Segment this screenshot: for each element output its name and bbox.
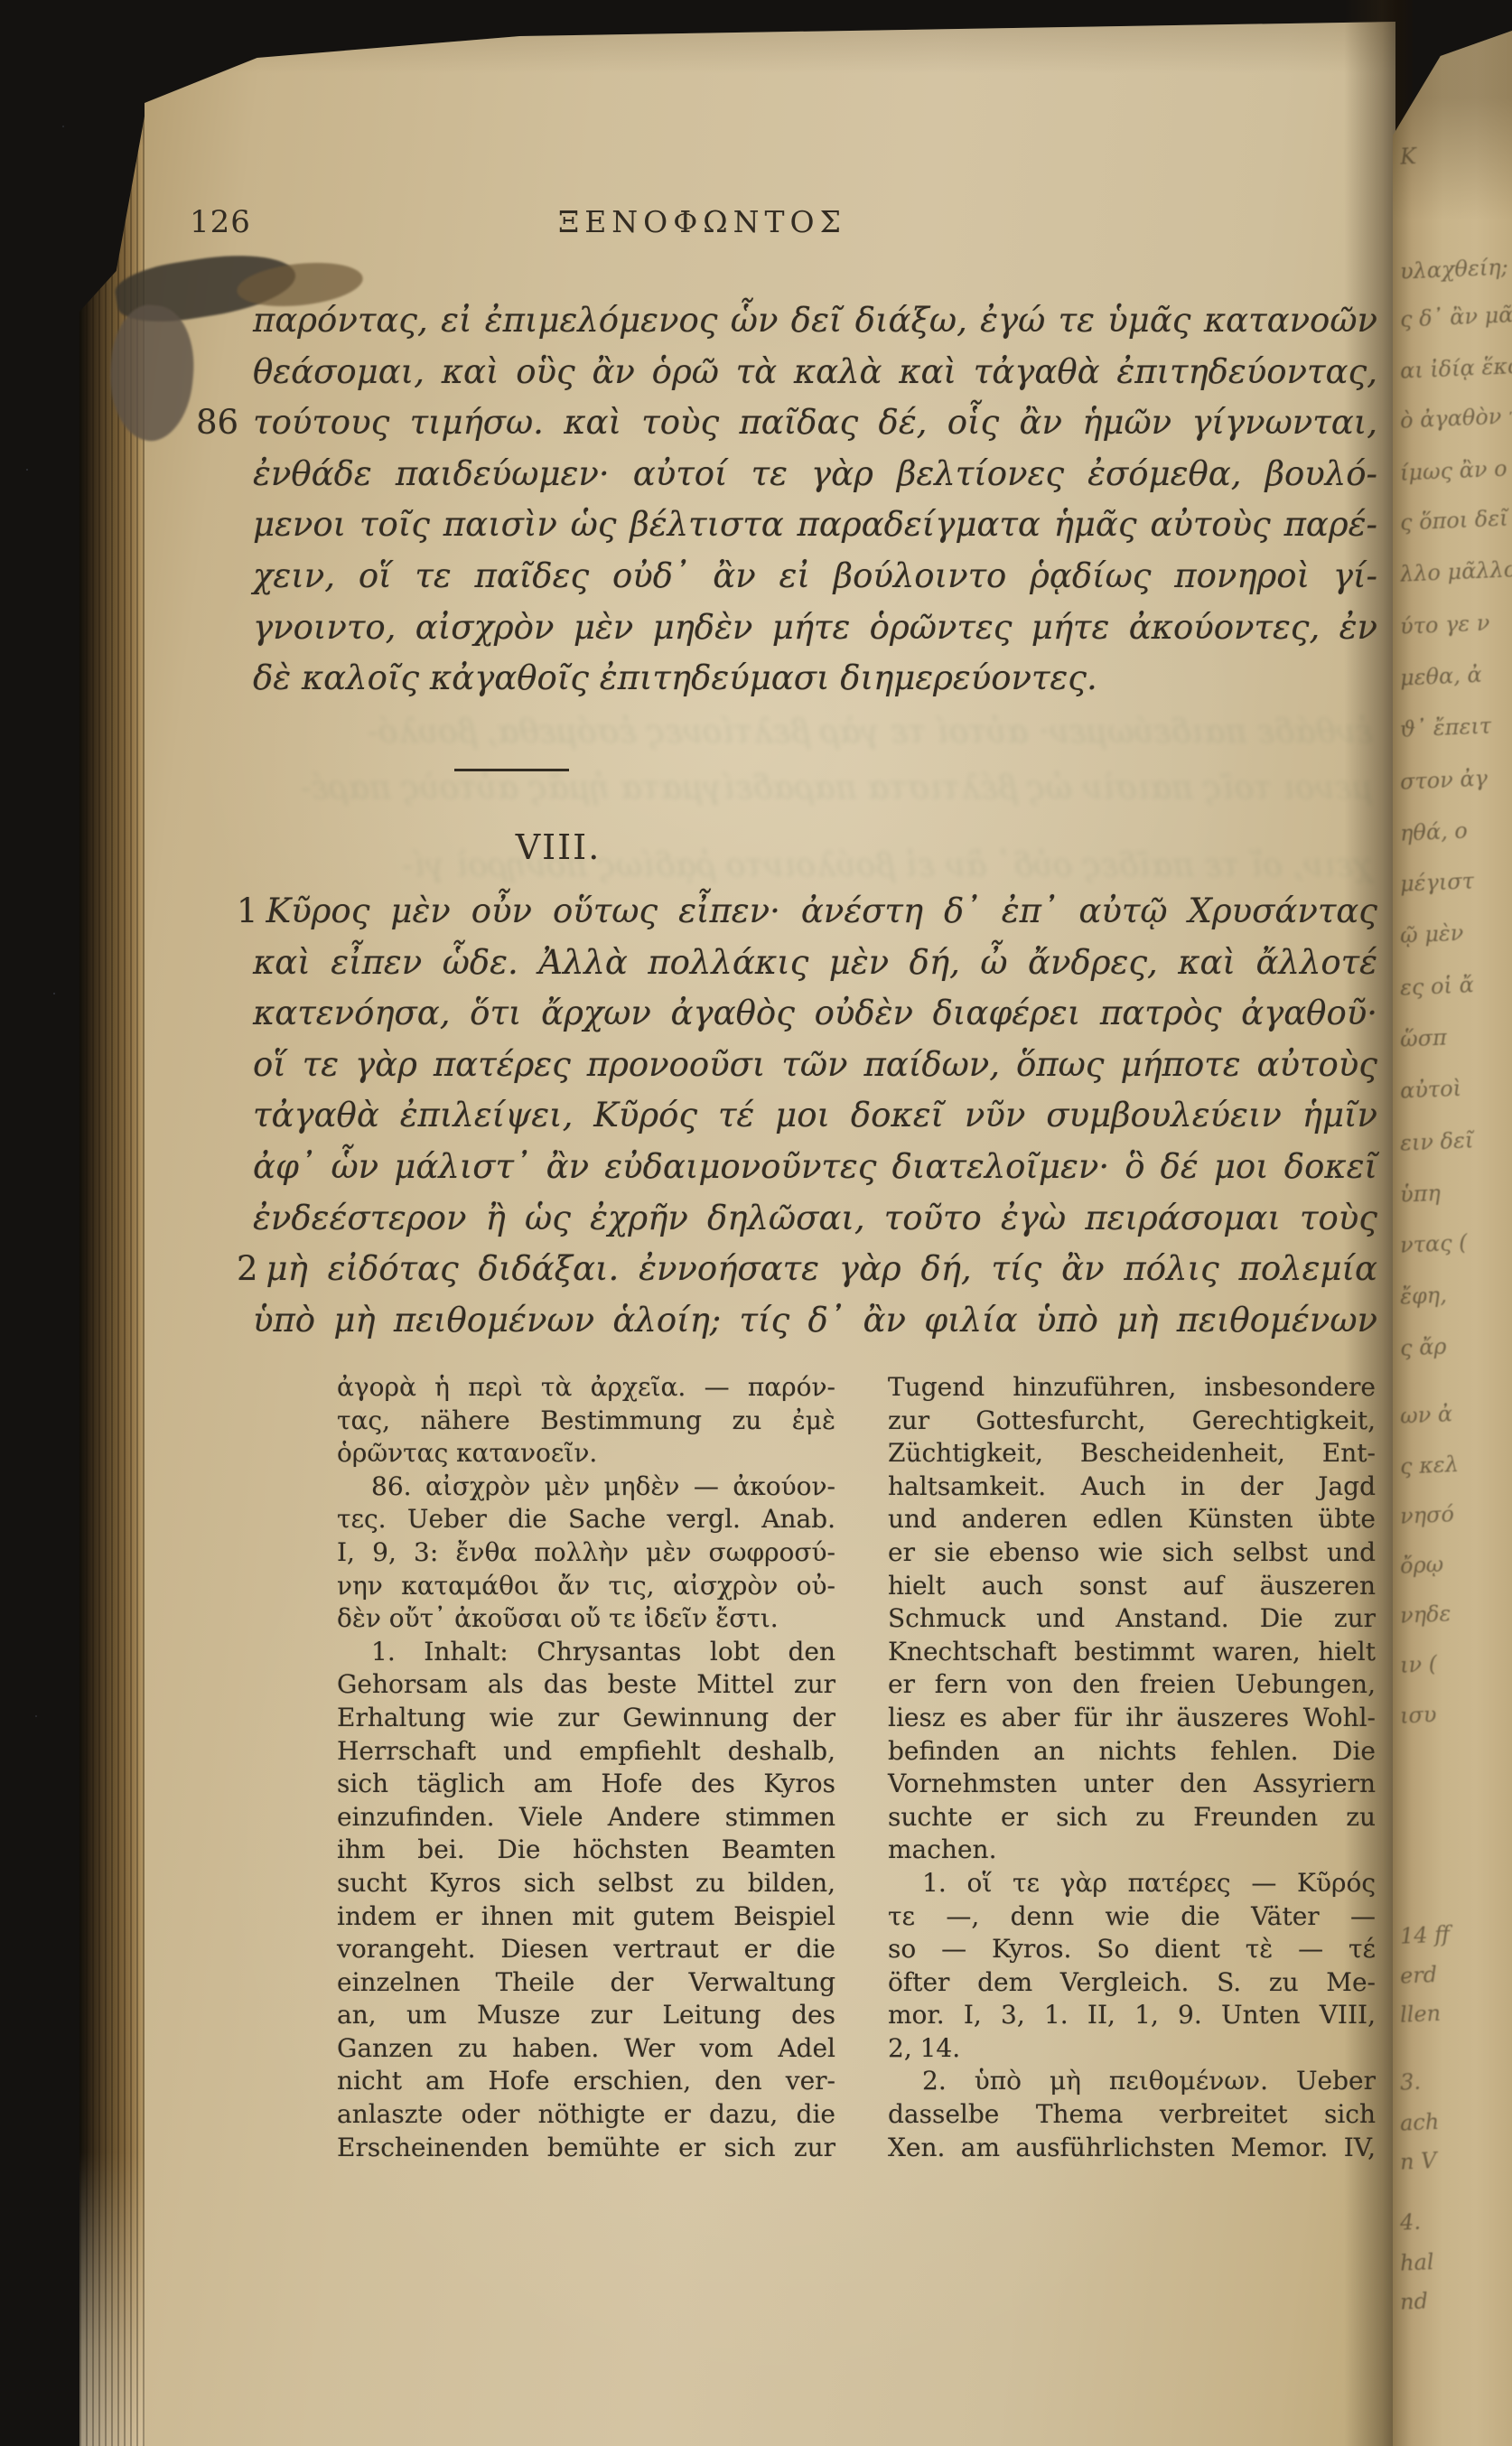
fragment-text: 4. <box>1399 2209 1421 2235</box>
greek-text-line: ὑπὸ μὴ πειθομένων ἁλοίη; τίς δ᾽ ἂν φιλία… <box>253 1295 1377 1347</box>
footnote-line-text: τας, nähere Bestimmung zu ἐμὲ <box>337 1405 835 1435</box>
greek-text-line: δὲ καλοῖς κἀγαθοῖς ἐπιτηδεύμασι διημερεύ… <box>253 653 1377 705</box>
adjacent-page-text-fragment: hal <box>1399 2246 1512 2274</box>
footnote-line: suchte er sich zu Freunden zu <box>888 1801 1376 1834</box>
adjacent-page-text-fragment: ίμως ἂν ο <box>1399 456 1512 484</box>
footnote-line-text: Gehorsam als das beste Mittel zur <box>337 1669 835 1699</box>
footnote-line-text: vorangeht. Diesen vertraut er die <box>337 1934 835 1964</box>
footnote-line: haltsamkeit. Auch in der Jagd <box>888 1470 1376 1504</box>
footnote-line-text: hielt auch sonst auf äuszeren <box>888 1571 1376 1601</box>
greek-text-line: κατενόησα, ὅτι ἄρχων ἀγαθὸς οὐδὲν διαφέρ… <box>253 988 1377 1040</box>
fragment-text: ηθά, ο <box>1399 817 1468 845</box>
footnote-line: sich täglich am Hofe des Kyros <box>337 1768 835 1801</box>
greek-text-line: ἀφ᾽ ὧν μάλιστ᾽ ἂν εὐδαιμονοῦντες διατελο… <box>253 1142 1377 1193</box>
fragment-text: νησό <box>1399 1501 1454 1528</box>
footnote-line-text: 1. οἵ τε γὰρ πατέρες — Κῦρός <box>922 1868 1376 1898</box>
fragment-text: ῷ μὲν <box>1399 920 1463 948</box>
footnote-line: ihm bei. Die höchsten Beamten <box>337 1834 835 1867</box>
footnote-line: τας, nähere Bestimmung zu ἐμὲ <box>337 1405 835 1438</box>
greek-text-line: μενοι τοῖς παισὶν ὡς βέλτιστα παραδείγμα… <box>253 499 1377 551</box>
fragment-text: 14 ff <box>1399 1921 1450 1947</box>
greek-line-text: δὲ καλοῖς κἀγαθοῖς ἐπιτηδεύμασι διημερεύ… <box>253 658 1097 697</box>
page-number: 126 <box>190 204 251 240</box>
greek-line-text: γνοιντο, αἰσχρὸν μὲν μηδὲν μήτε ὁρῶντες … <box>253 608 1377 647</box>
adjacent-page-text-fragment: αὐτοὶ <box>1399 1074 1512 1102</box>
footnote-line-text: 2, 14. <box>888 2033 960 2063</box>
adjacent-page-text-fragment: 4. <box>1399 2206 1512 2234</box>
fragment-text: στον ἀγ <box>1399 765 1488 793</box>
footnote-line-text: Tugend hinzuführen, insbesondere <box>888 1372 1376 1402</box>
margin-section-number: 86 <box>196 397 238 449</box>
fragment-text: ίμως ἂν ο <box>1399 456 1507 484</box>
fragment-text: ὥσπ <box>1399 1024 1447 1050</box>
fragment-text: ειν δεῖ <box>1399 1127 1473 1155</box>
footnote-line: mor. I, 3, 1. II, 1, 9. Unten VIII, <box>888 1999 1376 2032</box>
adjacent-page-text-fragment: 14 ff <box>1399 1919 1512 1947</box>
adjacent-page-text-fragment: ς ἄρ <box>1399 1331 1512 1359</box>
adjacent-page-text-fragment: λλο μᾶλλο <box>1399 557 1512 585</box>
bleed-through-text: ἐνθάδε παιδεύωμεν· αὐτοί τε γὰρ βελτίονε… <box>271 714 1373 751</box>
greek-line-text: μὴ εἰδότας διδάξαι. ἐννοήσατε γὰρ δή, τί… <box>266 1249 1377 1288</box>
margin-section-number: 1 <box>237 886 258 938</box>
adjacent-page-text-fragment: ισυ <box>1399 1699 1512 1727</box>
footnote-line-text: Vornehmsten unter den Assyriern <box>888 1769 1376 1798</box>
footnote-line-text: Erscheinenden bemühte er sich zur <box>337 2133 835 2162</box>
footnote-line: einzelnen Theile der Verwaltung <box>337 1966 835 2000</box>
greek-text-line: 86τούτους τιμήσω. καὶ τοὺς παῖδας δέ, οἷ… <box>196 397 1377 449</box>
footnote-line-text: Züchtigkeit, Bescheidenheit, Ent- <box>888 1438 1376 1468</box>
fragment-text: ύτο γε ν <box>1399 610 1489 638</box>
fragment-text: ς κελ <box>1399 1452 1459 1479</box>
fragment-text: αὐτοὶ <box>1399 1076 1461 1103</box>
footnote-line: τες. Ueber die Sache vergl. Anab. <box>337 1503 835 1536</box>
fragment-text: llen <box>1399 2001 1441 2027</box>
adjacent-page-text-fragment: ων ἀ <box>1399 1399 1512 1427</box>
footnote-line: und anderen edlen Künsten übte <box>888 1503 1376 1536</box>
adjacent-page-text-fragment: n V <box>1399 2145 1512 2173</box>
adjacent-page-edge: Κυλαχθείη; πς δ᾽ ἂν μᾶλλαι ἰδίᾳ ἕκασὸ ἀγ… <box>1393 0 1512 2446</box>
adjacent-page-text-fragment: νησό <box>1399 1499 1512 1527</box>
adjacent-page-text-fragment: ιν ( <box>1399 1648 1512 1676</box>
greek-line-text: ἀφ᾽ ὧν μάλιστ᾽ ἂν εὐδαιμονοῦντες διατελο… <box>253 1147 1377 1186</box>
footnote-line-text: Xen. am ausführlichsten Memor. IV, <box>888 2133 1376 2162</box>
footnote-line-text: liesz es aber für ihr äuszeres Wohl- <box>888 1703 1376 1732</box>
footnote-line-text: nicht am Hofe erschien, den ver- <box>337 2066 835 2096</box>
footnote-line-text: sich täglich am Hofe des Kyros <box>337 1769 835 1798</box>
footnote-line-text: einzufinden. Viele Andere stimmen <box>337 1802 835 1832</box>
fragment-text: λλο μᾶλλο <box>1399 557 1512 585</box>
greek-text-line: ἐνθάδε παιδεύωμεν· αὐτοί τε γὰρ βελτίονε… <box>253 449 1377 500</box>
footnote-line: an, um Musze zur Leitung des <box>337 1999 835 2032</box>
footnote-line: Gehorsam als das beste Mittel zur <box>337 1668 835 1702</box>
footnote-line: Xen. am ausführlichsten Memor. IV, <box>888 2132 1376 2165</box>
greek-text-line: ἐνδεέστερον ἢ ὡς ἐχρῆν δηλῶσαι, τοῦτο ἐγ… <box>253 1193 1377 1245</box>
footnote-line-text: befinden an nichts fehlen. Die <box>888 1736 1376 1766</box>
footnote-line: dasselbe Thema verbreitet sich <box>888 2098 1376 2132</box>
footnote-line: Erhaltung wie zur Gewinnung der <box>337 1702 835 1735</box>
adjacent-page-text-fragment: 3. <box>1399 2066 1512 2094</box>
greek-line-text: ἐνθάδε παιδεύωμεν· αὐτοί τε γὰρ βελτίονε… <box>253 454 1377 493</box>
footnote-line-text: τε —, denn wie die Väter — <box>888 1901 1376 1931</box>
adjacent-page-text-fragment: ηθά, ο <box>1399 817 1512 845</box>
adjacent-page-text-fragment: ὑπη <box>1399 1178 1512 1206</box>
fragment-text: αι ἰδίᾳ ἕκασ <box>1399 354 1512 382</box>
footnote-line-text: Erhaltung wie zur Gewinnung der <box>337 1703 835 1732</box>
footnote-line: so — Kyros. So dient τὲ — τέ <box>888 1933 1376 1966</box>
footnote-line-text: anlaszte oder nöthigte er dazu, die <box>337 2099 835 2129</box>
footnote-line: 86. αἰσχρὸν μὲν μηδὲν — ἀκούον- <box>337 1470 835 1504</box>
footnote-line: er fern von den freien Uebungen, <box>888 1668 1376 1702</box>
fragment-text: μεθα, ἀ <box>1399 662 1482 690</box>
greek-line-text: Κῦρος μὲν οὖν οὕτως εἶπεν· ἀνέστη δ᾽ ἐπ᾽… <box>266 892 1377 930</box>
footnote-line: anlaszte oder nöthigte er dazu, die <box>337 2098 835 2132</box>
adjacent-page-text-fragment: ἔφη, <box>1399 1280 1512 1308</box>
greek-line-text: παρόντας, εἰ ἐπιμελόμενος ὧν δεῖ διάξω, … <box>253 301 1377 340</box>
adjacent-page-text-fragment: ς ὅποι δεῖ <box>1399 506 1512 534</box>
greek-text-line: οἵ τε γὰρ πατέρες προνοοῦσι τῶν παίδων, … <box>253 1040 1377 1091</box>
fragment-text: Κ <box>1399 144 1416 169</box>
fragment-text: ς ὅποι δεῖ <box>1399 506 1508 534</box>
footnote-line-text: Herrschaft und empfiehlt deshalb, <box>337 1736 835 1766</box>
adjacent-page-text-fragment: ῷ μὲν <box>1399 919 1512 947</box>
footnote-line: Tugend hinzuführen, insbesondere <box>888 1371 1376 1405</box>
adjacent-page-text-fragment: ὄρῳ <box>1399 1549 1512 1577</box>
footnote-line-text: an, um Musze zur Leitung des <box>337 2000 835 2030</box>
adjacent-page-text-fragment: ach <box>1399 2106 1512 2134</box>
fragment-text: ιν ( <box>1399 1651 1437 1677</box>
footnote-line: machen. <box>888 1834 1376 1867</box>
fragment-text: ὑπη <box>1399 1181 1441 1207</box>
greek-line-text: μενοι τοῖς παισὶν ὡς βέλτιστα παραδείγμα… <box>253 505 1377 544</box>
footnote-line: δὲν οὔτ᾽ ἀκοῦσαι οὔ τε ἰδεῖν ἔστι. <box>337 1602 835 1636</box>
footnote-line-text: indem er ihnen mit gutem Beispiel <box>337 1901 835 1931</box>
footnote-line: nicht am Hofe erschien, den ver- <box>337 2065 835 2098</box>
footnote-line: I, 9, 3: ἔνθα πολλὴν μὲν σωφροσύ- <box>337 1536 835 1570</box>
fragment-text: erd <box>1399 1962 1437 1988</box>
fragment-text: ὸ ἀγαθὸν τ <box>1399 404 1512 432</box>
footnote-line: Herrschaft und empfiehlt deshalb, <box>337 1735 835 1769</box>
margin-section-number: 2 <box>237 1244 258 1295</box>
greek-line-text: θεάσομαι, καὶ οὓς ἂν ὁρῶ τὰ καλὰ καὶ τἀγ… <box>253 352 1377 391</box>
greek-line-text: κατενόησα, ὅτι ἄρχων ἀγαθὸς οὐδὲν διαφέρ… <box>253 994 1377 1032</box>
footnote-line: vorangeht. Diesen vertraut er die <box>337 1933 835 1966</box>
footnote-line-text: zur Gottesfurcht, Gerechtigkeit, <box>888 1405 1376 1435</box>
greek-text-line: 2μὴ εἰδότας διδάξαι. ἐννοήσατε γὰρ δή, τ… <box>237 1244 1377 1295</box>
adjacent-page-text-fragment: ειν δεῖ <box>1399 1126 1512 1154</box>
footnote-column-left: ἀγορὰ ἡ περὶ τὰ ἀρχεῖα. — παρόν-τας, näh… <box>337 1371 835 2164</box>
fragment-text: hal <box>1399 2249 1434 2275</box>
fragment-text: ισυ <box>1399 1702 1437 1728</box>
footnote-line-text: 86. αἰσχρὸν μὲν μηδὲν — ἀκούον- <box>371 1471 835 1501</box>
adjacent-page-text-fragment: ντας ( <box>1399 1228 1512 1256</box>
greek-text-line: τἀγαθὰ ἐπιλείψει, Κῦρός τέ μοι δοκεῖ νῦν… <box>253 1090 1377 1142</box>
adjacent-page-text-fragment: nd <box>1399 2285 1512 2313</box>
footnote-line-text: 2. ὑπὸ μὴ πειθομένων. Ueber <box>922 2066 1376 2096</box>
greek-line-text: ὑπὸ μὴ πειθομένων ἁλοίη; τίς δ᾽ ἂν φιλία… <box>253 1301 1377 1340</box>
adjacent-page-text-fragment: μεθα, ἀ <box>1399 661 1512 689</box>
adjacent-page-text-fragment: ὥσπ <box>1399 1022 1512 1050</box>
footnote-line: ἀγορὰ ἡ περὶ τὰ ἀρχεῖα. — παρόν- <box>337 1371 835 1405</box>
footnote-line: er sie ebenso wie sich selbst und <box>888 1536 1376 1570</box>
greek-line-text: καὶ εἶπεν ὧδε. Ἀλλὰ πολλάκις μὲν δή, ὦ ἄ… <box>253 943 1377 982</box>
footnote-line: hielt auch sonst auf äuszeren <box>888 1570 1376 1603</box>
footnote-line: Schmuck und Anstand. Die zur <box>888 1602 1376 1636</box>
fragment-text: ες οἱ ἄ <box>1399 972 1474 1000</box>
footnote-line-text: haltsamkeit. Auch in der Jagd <box>888 1471 1376 1501</box>
greek-line-text: τἀγαθὰ ἐπιλείψει, Κῦρός τέ μοι δοκεῖ νῦν… <box>253 1096 1377 1134</box>
footnote-line-text: suchte er sich zu Freunden zu <box>888 1802 1376 1832</box>
footnote-line-text: öfter dem Vergleich. S. zu Me- <box>888 1967 1376 1997</box>
footnote-line-text: er sie ebenso wie sich selbst und <box>888 1537 1376 1567</box>
chapter-heading: VIII. <box>450 827 667 867</box>
footnote-line: Ganzen zu haben. Wer vom Adel <box>337 2032 835 2066</box>
adjacent-page-text-fragment: ϑ᾽ ἔπειτ <box>1399 713 1512 741</box>
footnote-line: einzufinden. Viele Andere stimmen <box>337 1801 835 1834</box>
footnote-line: τε —, denn wie die Väter — <box>888 1900 1376 1934</box>
adjacent-page-text-fragment: Κ <box>1399 140 1512 168</box>
footnote-line: liesz es aber für ihr äuszeres Wohl- <box>888 1702 1376 1735</box>
footnote-line: zur Gottesfurcht, Gerechtigkeit, <box>888 1405 1376 1438</box>
greek-text-line: 1Κῦρος μὲν οὖν οὕτως εἶπεν· ἀνέστη δ᾽ ἐπ… <box>237 886 1377 938</box>
footnote-line-text: mor. I, 3, 1. II, 1, 9. Unten VIII, <box>888 2000 1376 2030</box>
footnote-column-right: Tugend hinzuführen, insbesonderezur Gott… <box>888 1371 1376 2164</box>
footnote-line-text: er fern von den freien Uebungen, <box>888 1669 1376 1699</box>
greek-line-text: οἵ τε γὰρ πατέρες προνοοῦσι τῶν παίδων, … <box>253 1045 1377 1084</box>
greek-text-line: θεάσομαι, καὶ οὓς ἂν ὁρῶ τὰ καλὰ καὶ τἀγ… <box>253 347 1377 398</box>
footnote-line-text: ihm bei. Die höchsten Beamten <box>337 1834 835 1864</box>
fragment-text: ντας ( <box>1399 1229 1468 1256</box>
greek-line-text: τούτους τιμήσω. καὶ τοὺς παῖδας δέ, οἷς … <box>253 403 1377 442</box>
footnote-line-text: τες. Ueber die Sache vergl. Anab. <box>337 1504 835 1534</box>
adjacent-page-text-fragment: ύτο γε ν <box>1399 610 1512 638</box>
adjacent-page-text-fragment: υλαχθείη; π <box>1399 255 1512 283</box>
footnote-line: 1. Inhalt: Chrysantas lobt den <box>337 1636 835 1669</box>
fragment-text: ἔφη, <box>1399 1282 1447 1308</box>
footnote-line-text: machen. <box>888 1834 996 1864</box>
bleed-through-text: μενοι τοῖς παισὶν ὡς βέλτιστα παραδείγμα… <box>271 770 1373 807</box>
footnote-line-text: sucht Kyros sich selbst zu bilden, <box>337 1868 835 1898</box>
footnote-line-text: I, 9, 3: ἔνθα πολλὴν μὲν σωφροσύ- <box>337 1537 835 1567</box>
adjacent-page-text-fragment: αι ἰδίᾳ ἕκασ <box>1399 354 1512 382</box>
footnote-line-text: so — Kyros. So dient τὲ — τέ <box>888 1934 1376 1964</box>
fragment-text: ς ἄρ <box>1399 1333 1447 1359</box>
footnote-line-text: ἀγορὰ ἡ περὶ τὰ ἀρχεῖα. — παρόν- <box>337 1372 835 1402</box>
greek-text-line: καὶ εἶπεν ὧδε. Ἀλλὰ πολλάκις μὲν δή, ὦ ἄ… <box>253 938 1377 989</box>
fragment-text: υλαχθείη; π <box>1399 255 1512 283</box>
section-divider-rule <box>454 769 569 771</box>
footnote-line-text: Schmuck und Anstand. Die zur <box>888 1603 1376 1633</box>
greek-paragraph-2: 1Κῦρος μὲν οὖν οὕτως εἶπεν· ἀνέστη δ᾽ ἐπ… <box>253 886 1377 1346</box>
fragment-text: μέγιστ <box>1399 868 1474 896</box>
footnote-line: νην καταμάθοι ἄν τις, αἰσχρὸν οὐ- <box>337 1570 835 1603</box>
fragment-text: nd <box>1399 2288 1428 2313</box>
footnote-line: Knechtschaft bestimmt waren, hielt <box>888 1636 1376 1669</box>
adjacent-page-text-fragment: erd <box>1399 1959 1512 1987</box>
footnote-line-text: und anderen edlen Künsten übte <box>888 1504 1376 1534</box>
fragment-text: n V <box>1399 2148 1437 2174</box>
greek-text-line: χειν, οἵ τε παῖδες οὐδ᾽ ἂν εἰ βούλοιντο … <box>253 551 1377 602</box>
footnote-line: Erscheinenden bemühte er sich zur <box>337 2132 835 2165</box>
fragment-text: ὄρῳ <box>1399 1552 1443 1578</box>
footnote-line: Züchtigkeit, Bescheidenheit, Ent- <box>888 1437 1376 1470</box>
greek-line-text: χειν, οἵ τε παῖδες οὐδ᾽ ἂν εἰ βούλοιντο … <box>253 556 1377 595</box>
greek-line-text: ἐνδεέστερον ἢ ὡς ἐχρῆν δηλῶσαι, τοῦτο ἐγ… <box>253 1199 1377 1237</box>
fragment-text: 3. <box>1399 2069 1421 2095</box>
footnote-line: ὁρῶντας κατανοεῖν. <box>337 1437 835 1470</box>
adjacent-page-text-fragment: στον ἀγ <box>1399 765 1512 793</box>
footnote-line-text: νην καταμάθοι ἄν τις, αἰσχρὸν οὐ- <box>337 1571 835 1601</box>
running-header: ΞΕΝΟΦΩΝΤΟΣ <box>558 204 846 239</box>
footnote-line: 2. ὑπὸ μὴ πειθομένων. Ueber <box>888 2065 1376 2098</box>
footnote-line: öfter dem Vergleich. S. zu Me- <box>888 1966 1376 2000</box>
book-photo-scene: 126 ΞΕΝΟΦΩΝΤΟΣ ἐνθάδε παιδεύωμεν· αὐτοί … <box>0 0 1512 2446</box>
fragment-text: ς δ᾽ ἂν μᾶλλ <box>1399 303 1512 331</box>
footnote-line-text: Ganzen zu haben. Wer vom Adel <box>337 2033 835 2063</box>
footnote-line-text: ὁρῶντας κατανοεῖν. <box>337 1438 597 1468</box>
footnote-line: 2, 14. <box>888 2032 1376 2066</box>
adjacent-page-text-fragment: ς κελ <box>1399 1450 1512 1478</box>
footnote-line-text: 1. Inhalt: Chrysantas lobt den <box>371 1637 835 1666</box>
adjacent-page-text-fragment: ες οἱ ἄ <box>1399 971 1512 999</box>
fragment-text: ων ἀ <box>1399 1401 1452 1428</box>
footnote-line: befinden an nichts fehlen. Die <box>888 1735 1376 1769</box>
footnote-line-text: Knechtschaft bestimmt waren, hielt <box>888 1637 1376 1666</box>
bleed-through-text: χειν, οἵ τε παῖδες οὐδ᾽ ἂν εἰ βούλοιντο … <box>271 847 1373 884</box>
footnote-line-text: δὲν οὔτ᾽ ἀκοῦσαι οὔ τε ἰδεῖν ἔστι. <box>337 1603 779 1633</box>
adjacent-page-text-fragment: νηδε <box>1399 1599 1512 1627</box>
fragment-text: ϑ᾽ ἔπειτ <box>1399 713 1491 741</box>
greek-text-line: γνοιντο, αἰσχρὸν μὲν μηδὲν μήτε ὁρῶντες … <box>253 602 1377 654</box>
fragment-text: νηδε <box>1399 1601 1451 1627</box>
greek-text-line: παρόντας, εἰ ἐπιμελόμενος ὧν δεῖ διάξω, … <box>253 295 1377 347</box>
footnote-line-text: einzelnen Theile der Verwaltung <box>337 1967 835 1997</box>
footnote-line: Vornehmsten unter den Assyriern <box>888 1768 1376 1801</box>
footnote-line-text: dasselbe Thema verbreitet sich <box>888 2099 1376 2129</box>
adjacent-page-text-fragment: ὸ ἀγαθὸν τ <box>1399 404 1512 432</box>
adjacent-page-text-fragment: μέγιστ <box>1399 867 1512 895</box>
footnote-line: sucht Kyros sich selbst zu bilden, <box>337 1867 835 1900</box>
adjacent-page-text-fragment: llen <box>1399 1998 1512 2026</box>
footnote-line: indem er ihnen mit gutem Beispiel <box>337 1900 835 1934</box>
greek-paragraph-1: παρόντας, εἰ ἐπιμελόμενος ὧν δεῖ διάξω, … <box>253 295 1377 705</box>
book-page: 126 ΞΕΝΟΦΩΝΤΟΣ ἐνθάδε παιδεύωμεν· αὐτοί … <box>145 0 1395 2446</box>
footnote-line: 1. οἵ τε γὰρ πατέρες — Κῦρός <box>888 1867 1376 1900</box>
adjacent-page-text-fragment: ς δ᾽ ἂν μᾶλλ <box>1399 303 1512 331</box>
fragment-text: ach <box>1399 2109 1439 2135</box>
